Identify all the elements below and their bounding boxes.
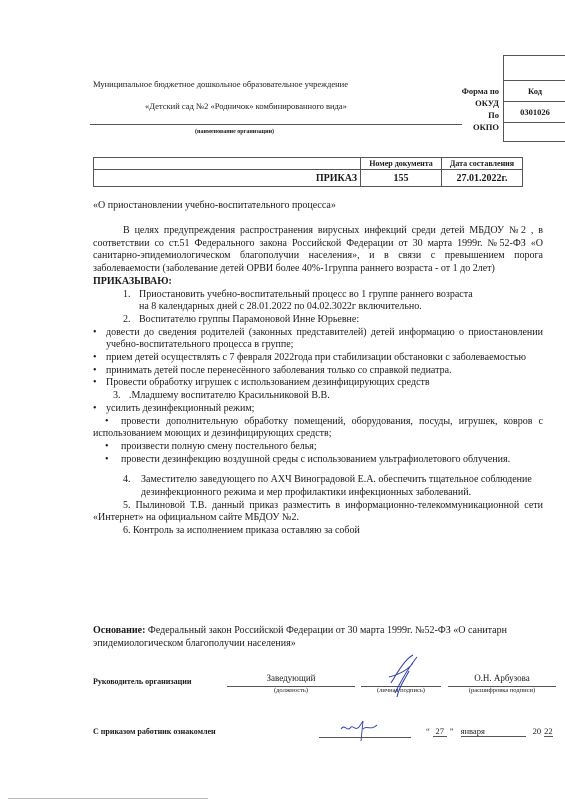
name-caption: (расшифровка подписи) [448,687,556,694]
basis-label: Основание: [93,625,145,636]
name-field: О.Н. Арбузова (расшифровка подписи) [448,673,556,694]
basis-text: Федеральный закон Российской Федерации о… [93,625,507,649]
handwritten-signature-icon [383,653,423,699]
item-3-bullet-3: •произвести полную смену постельного бел… [93,441,543,454]
item-2-text: Воспитателю группы Парамоновой Инне Юрье… [139,314,359,325]
handwritten-signature-icon [339,719,379,743]
item-3-number: 3. [113,390,129,403]
item-2-bullet-3: принимать детей после перенесённого забо… [93,365,543,378]
item-3-bullet-2: •провести дополнительную обработку помещ… [93,416,543,441]
item-2: 2.Воспитателю группы Парамоновой Инне Юр… [93,314,543,327]
basis: Основание: Федеральный закон Российской … [93,624,563,650]
acknowledgement-label: С приказом работник ознакомлен [93,727,216,736]
item-3-bullet-4: •провести дезинфекцию воздушной среды с … [93,454,543,467]
doc-date: 27.01.2022г. [442,170,523,187]
item-5-text: Пылиновой Т.В. данный приказ разместить … [93,500,543,524]
form-label-okpo: ОКПО [445,121,499,133]
item-4-text: Заместителю заведующего по АХЧ Виноградо… [141,474,543,499]
organization-underline [90,124,462,125]
signature-label: Руководитель организации [93,677,191,686]
item-4-number: 4. [123,474,141,499]
item-1: 1.Приостановить учебно-воспитательный пр… [93,289,543,302]
col-doc-number: Номер документа [361,158,442,170]
order-title: «О приостановлении учебно-воспитательног… [93,200,336,211]
employee-signature-line [319,723,411,738]
doc-number: 155 [361,170,442,187]
ack-day: 27 [433,726,447,737]
form-label-po: По [445,109,499,121]
bullet-icon: • [105,416,121,429]
signature-mark [361,673,441,687]
preamble: В целях предупреждения распространения в… [93,225,543,276]
order-body: В целях предупреждения распространения в… [93,225,543,538]
code-box: Код 0301026 [503,55,565,142]
col-date: Дата составления [442,158,523,170]
order-info-table: Номер документа Дата составления ПРИКАЗ … [93,157,523,187]
page-bottom-edge [8,798,208,799]
order-table-blank [94,158,361,170]
acknowledgement-date: “ 27 ” января 20 22 [426,726,553,737]
position-field: Заведующий (должность) [227,673,355,694]
name-value: О.Н. Арбузова [448,673,556,687]
organization-name-line2: «Детский сад №2 «Родничок» комбинированн… [145,101,347,111]
item-4: 4. Заместителю заведующего по АХЧ Виногр… [93,474,543,499]
item-1-number: 1. [123,289,139,302]
item-3-bullet-1: усилить дезинфекционный режим; [93,403,543,416]
item-2-number: 2. [123,314,139,327]
code-header: Код [504,81,565,102]
doc-type: ПРИКАЗ [94,170,361,187]
item-6: 6. Контроль за исполнением приказа остав… [93,525,543,538]
item-3: 3..Младшему воспитателю Красильниковой В… [93,390,543,403]
organization-name-line1: Муниципальное бюджетное дошкольное образ… [93,79,348,89]
form-labels: Форма по ОКУД По ОКПО [445,85,499,133]
ack-year-suffix: 22 [544,726,553,737]
form-label-okud: ОКУД [445,97,499,109]
item-1-text-a: Приостановить учебно-воспитательный проц… [139,289,473,300]
item-2-bullet-4: Провести обработку игрушек с использован… [93,377,543,390]
sign-field: (личная подпись) [361,673,441,694]
ack-month: января [461,726,526,737]
okud-code: 0301026 [504,102,565,123]
organization-caption: (наименование организации) [195,129,274,135]
form-label-forma: Форма по [445,85,499,97]
position-value: Заведующий [227,673,355,687]
code-box-empty [504,56,565,81]
item-5: 5. Пылиновой Т.В. данный приказ размести… [93,500,543,525]
order-word: ПРИКАЗЫВАЮ: [93,276,543,289]
position-caption: (должность) [227,687,355,694]
item-2-bullet-2: прием детей осуществлять с 7 февраля 202… [93,352,543,365]
okpo-code [504,123,565,143]
bullet-icon: • [105,454,121,467]
ack-year-prefix: 20 [533,726,542,737]
item-2-bullet-1: довести до сведения родителей (законных … [93,327,543,352]
item-3-text: .Младшему воспитателю Красильниковой В.В… [129,390,330,401]
item-1-text-b: на 8 календарных дней с 28.01.2022 по 04… [93,301,543,314]
bullet-icon: • [105,441,121,454]
item-5-number: 5. [123,500,131,511]
